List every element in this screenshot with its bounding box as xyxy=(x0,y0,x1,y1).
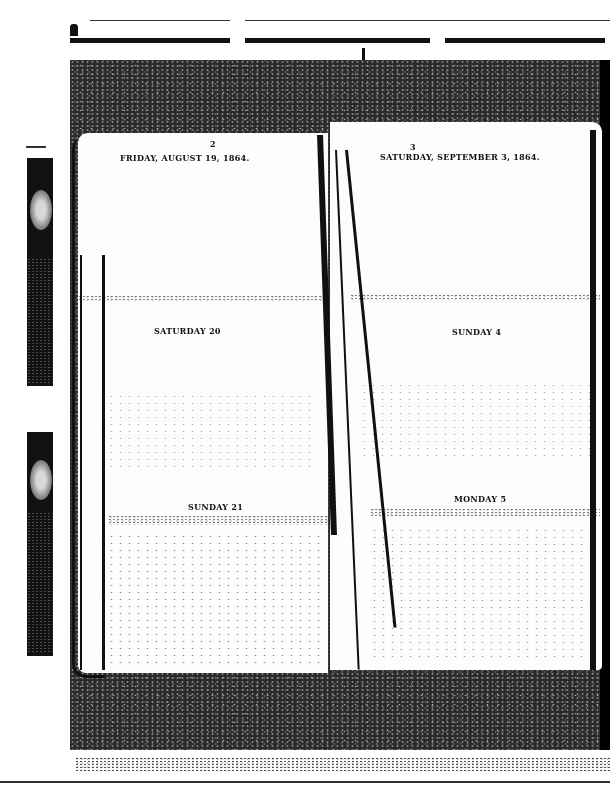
film-strip-image xyxy=(27,158,53,386)
strip-segment xyxy=(70,38,230,43)
scan-noise-band xyxy=(108,515,328,525)
film-grain xyxy=(27,512,53,652)
film-highlight xyxy=(30,190,52,230)
center-tick-mark xyxy=(362,48,365,60)
right-page-edge xyxy=(590,130,596,670)
entry-heading: SUNDAY 4 xyxy=(452,327,501,337)
left-page: 2 FRIDAY, AUGUST 19, 1864. SATURDAY 20 S… xyxy=(78,133,328,673)
entry-heading: SATURDAY 20 xyxy=(154,326,221,336)
strip-segment xyxy=(245,38,430,43)
previous-page-fragment-strip xyxy=(70,20,610,50)
film-grain xyxy=(27,258,53,383)
page-marker: 2 xyxy=(210,139,216,149)
film-strip-image xyxy=(27,432,53,656)
right-page-header: SATURDAY, SEPTEMBER 3, 1864. xyxy=(380,152,540,162)
page-marker: 3 xyxy=(410,142,416,152)
film-highlight xyxy=(30,460,52,500)
left-page-header: FRIDAY, AUGUST 19, 1864. xyxy=(120,153,250,163)
strip-segment xyxy=(445,38,605,43)
scan-noise-band xyxy=(370,508,600,517)
scan-speckle xyxy=(370,527,595,657)
book-binding-strip xyxy=(80,255,105,670)
bottom-scan-strip xyxy=(75,757,610,771)
strip-mark xyxy=(70,24,78,36)
side-mark xyxy=(26,146,46,148)
entry-heading: SUNDAY 21 xyxy=(188,502,243,512)
scan-noise-band xyxy=(78,295,328,301)
scan-noise-band xyxy=(350,294,600,300)
strip-dotted-line xyxy=(90,20,230,21)
entry-heading: MONDAY 5 xyxy=(454,494,506,504)
scan-speckle xyxy=(98,533,323,663)
scan-speckle xyxy=(98,393,318,473)
strip-dotted-line xyxy=(245,20,610,21)
bottom-rule xyxy=(0,781,610,783)
scan-speckle xyxy=(360,382,590,462)
